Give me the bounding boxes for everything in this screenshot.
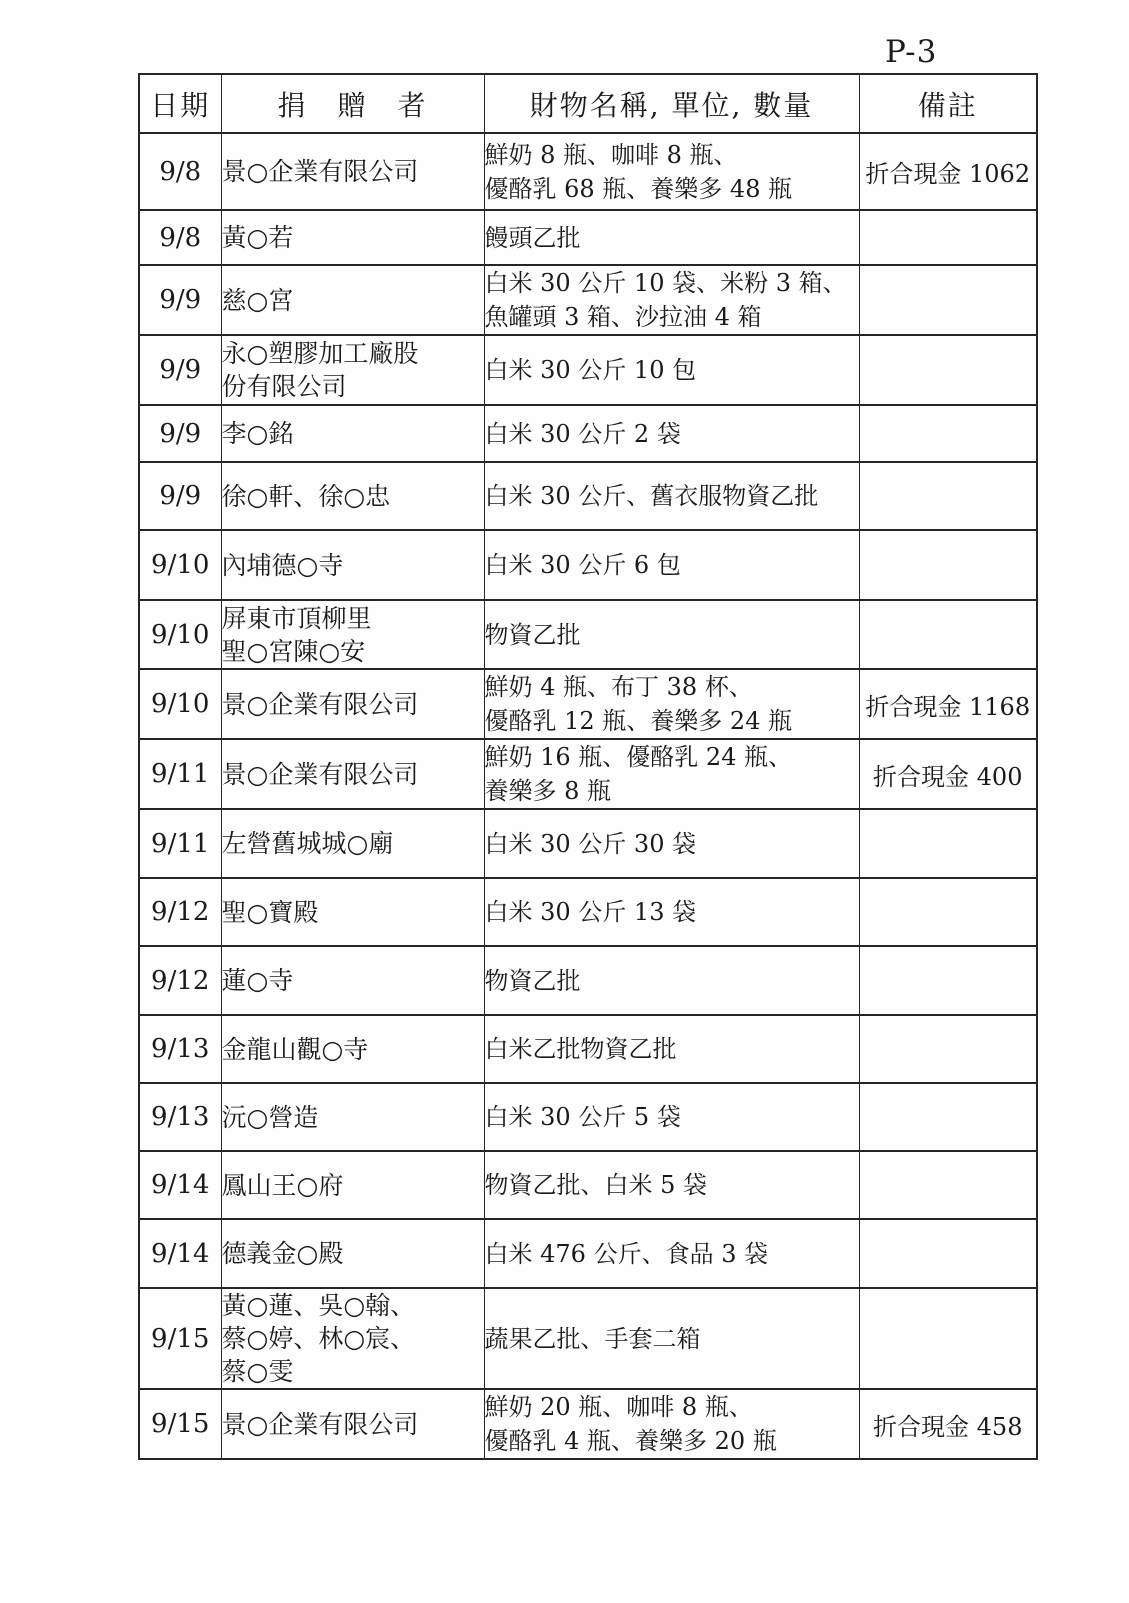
donor-cell: 左營舊城城○廟 (221, 809, 484, 878)
date-cell: 9/12 (139, 878, 221, 946)
date-cell: 9/13 (139, 1083, 221, 1151)
donor-cell: 蓮○寺 (221, 946, 484, 1015)
note-cell (859, 946, 1037, 1015)
items-cell: 白米 30 公斤、舊衣服物資乙批 (484, 462, 859, 530)
note-cell: 折合現金 400 (859, 739, 1037, 809)
date-cell: 9/10 (139, 669, 221, 739)
donor-cell: 徐○軒、徐○忠 (221, 462, 484, 530)
table-row: 9/15 景○企業有限公司 鮮奶 20 瓶、咖啡 8 瓶、 優酪乳 4 瓶、養樂… (139, 1389, 1037, 1459)
table-row: 9/10 景○企業有限公司 鮮奶 4 瓶、布丁 38 杯、 優酪乳 12 瓶、養… (139, 669, 1037, 739)
table-row: 9/10 屏東市頂柳里 聖○宮陳○安 物資乙批 (139, 600, 1037, 669)
header-items: 財物名稱, 單位, 數量 (484, 74, 859, 133)
donor-cell: 永○塑膠加工廠股 份有限公司 (221, 335, 484, 405)
items-cell: 鮮奶 4 瓶、布丁 38 杯、 優酪乳 12 瓶、養樂多 24 瓶 (484, 669, 859, 739)
table-row: 9/15 黃○蓮、吳○翰、 蔡○婷、林○宸、 蔡○雯 蔬果乙批、手套二箱 (139, 1288, 1037, 1389)
table-row: 9/9 徐○軒、徐○忠 白米 30 公斤、舊衣服物資乙批 (139, 462, 1037, 530)
note-cell: 折合現金 1168 (859, 669, 1037, 739)
date-cell: 9/14 (139, 1151, 221, 1219)
items-cell: 白米 30 公斤 10 包 (484, 335, 859, 405)
table-row: 9/9 李○銘 白米 30 公斤 2 袋 (139, 405, 1037, 462)
donor-cell: 鳳山王○府 (221, 1151, 484, 1219)
donation-table: 日期 捐 贈 者 財物名稱, 單位, 數量 備註 9/8 景○企業有限公司 鮮奶… (138, 73, 1038, 1460)
items-cell: 物資乙批 (484, 946, 859, 1015)
items-cell: 白米 30 公斤 30 袋 (484, 809, 859, 878)
header-note: 備註 (859, 74, 1037, 133)
note-cell (859, 1083, 1037, 1151)
date-cell: 9/11 (139, 809, 221, 878)
table-row: 9/14 德義金○殿 白米 476 公斤、食品 3 袋 (139, 1219, 1037, 1288)
note-cell (859, 530, 1037, 600)
table-row: 9/13 金龍山觀○寺 白米乙批物資乙批 (139, 1015, 1037, 1083)
items-cell: 鮮奶 8 瓶、咖啡 8 瓶、 優酪乳 68 瓶、養樂多 48 瓶 (484, 133, 859, 210)
donor-cell: 沅○營造 (221, 1083, 484, 1151)
note-cell (859, 1288, 1037, 1389)
table-row: 9/12 蓮○寺 物資乙批 (139, 946, 1037, 1015)
page-number: P-3 (885, 34, 937, 70)
note-cell: 折合現金 1062 (859, 133, 1037, 210)
donor-cell: 屏東市頂柳里 聖○宮陳○安 (221, 600, 484, 669)
items-cell: 白米 30 公斤 10 袋、米粉 3 箱、 魚罐頭 3 箱、沙拉油 4 箱 (484, 265, 859, 335)
items-cell: 蔬果乙批、手套二箱 (484, 1288, 859, 1389)
date-cell: 9/13 (139, 1015, 221, 1083)
items-cell: 鮮奶 20 瓶、咖啡 8 瓶、 優酪乳 4 瓶、養樂多 20 瓶 (484, 1389, 859, 1459)
table-row: 9/9 慈○宮 白米 30 公斤 10 袋、米粉 3 箱、 魚罐頭 3 箱、沙拉… (139, 265, 1037, 335)
date-cell: 9/9 (139, 462, 221, 530)
table-row: 9/14 鳳山王○府 物資乙批、白米 5 袋 (139, 1151, 1037, 1219)
items-cell: 白米 30 公斤 2 袋 (484, 405, 859, 462)
table-body: 9/8 景○企業有限公司 鮮奶 8 瓶、咖啡 8 瓶、 優酪乳 68 瓶、養樂多… (139, 133, 1037, 1459)
note-cell (859, 462, 1037, 530)
table-row: 9/9 永○塑膠加工廠股 份有限公司 白米 30 公斤 10 包 (139, 335, 1037, 405)
note-cell (859, 1015, 1037, 1083)
table-row: 9/12 聖○寶殿 白米 30 公斤 13 袋 (139, 878, 1037, 946)
items-cell: 饅頭乙批 (484, 210, 859, 265)
date-cell: 9/11 (139, 739, 221, 809)
note-cell (859, 1219, 1037, 1288)
note-cell: 折合現金 458 (859, 1389, 1037, 1459)
items-cell: 物資乙批 (484, 600, 859, 669)
items-cell: 物資乙批、白米 5 袋 (484, 1151, 859, 1219)
items-cell: 白米 30 公斤 5 袋 (484, 1083, 859, 1151)
date-cell: 9/9 (139, 335, 221, 405)
donor-cell: 慈○宮 (221, 265, 484, 335)
donor-cell: 景○企業有限公司 (221, 133, 484, 210)
donor-cell: 景○企業有限公司 (221, 739, 484, 809)
table-row: 9/13 沅○營造 白米 30 公斤 5 袋 (139, 1083, 1037, 1151)
donor-cell: 聖○寶殿 (221, 878, 484, 946)
donor-cell: 黃○蓮、吳○翰、 蔡○婷、林○宸、 蔡○雯 (221, 1288, 484, 1389)
date-cell: 9/10 (139, 530, 221, 600)
items-cell: 鮮奶 16 瓶、優酪乳 24 瓶、 養樂多 8 瓶 (484, 739, 859, 809)
note-cell (859, 405, 1037, 462)
donor-cell: 李○銘 (221, 405, 484, 462)
date-cell: 9/9 (139, 405, 221, 462)
table-row: 9/8 景○企業有限公司 鮮奶 8 瓶、咖啡 8 瓶、 優酪乳 68 瓶、養樂多… (139, 133, 1037, 210)
date-cell: 9/14 (139, 1219, 221, 1288)
table-row: 9/11 左營舊城城○廟 白米 30 公斤 30 袋 (139, 809, 1037, 878)
items-cell: 白米 30 公斤 13 袋 (484, 878, 859, 946)
table-row: 9/11 景○企業有限公司 鮮奶 16 瓶、優酪乳 24 瓶、 養樂多 8 瓶 … (139, 739, 1037, 809)
items-cell: 白米乙批物資乙批 (484, 1015, 859, 1083)
donor-cell: 德義金○殿 (221, 1219, 484, 1288)
table-row: 9/8 黃○若 饅頭乙批 (139, 210, 1037, 265)
header-date: 日期 (139, 74, 221, 133)
donor-cell: 景○企業有限公司 (221, 1389, 484, 1459)
header-donor: 捐 贈 者 (221, 74, 484, 133)
note-cell (859, 335, 1037, 405)
date-cell: 9/8 (139, 133, 221, 210)
date-cell: 9/10 (139, 600, 221, 669)
date-cell: 9/15 (139, 1288, 221, 1389)
note-cell (859, 1151, 1037, 1219)
note-cell (859, 265, 1037, 335)
note-cell (859, 878, 1037, 946)
date-cell: 9/9 (139, 265, 221, 335)
date-cell: 9/8 (139, 210, 221, 265)
donor-cell: 景○企業有限公司 (221, 669, 484, 739)
date-cell: 9/15 (139, 1389, 221, 1459)
table-header: 日期 捐 贈 者 財物名稱, 單位, 數量 備註 (139, 74, 1037, 133)
header-row: 日期 捐 贈 者 財物名稱, 單位, 數量 備註 (139, 74, 1037, 133)
document-page: P-3 日期 捐 贈 者 財物名稱, 單位, 數量 備註 9/8 景○企業有限公… (0, 0, 1129, 1603)
note-cell (859, 600, 1037, 669)
items-cell: 白米 476 公斤、食品 3 袋 (484, 1219, 859, 1288)
table-row: 9/10 內埔德○寺 白米 30 公斤 6 包 (139, 530, 1037, 600)
donor-cell: 金龍山觀○寺 (221, 1015, 484, 1083)
items-cell: 白米 30 公斤 6 包 (484, 530, 859, 600)
donor-cell: 內埔德○寺 (221, 530, 484, 600)
note-cell (859, 809, 1037, 878)
note-cell (859, 210, 1037, 265)
donor-cell: 黃○若 (221, 210, 484, 265)
date-cell: 9/12 (139, 946, 221, 1015)
